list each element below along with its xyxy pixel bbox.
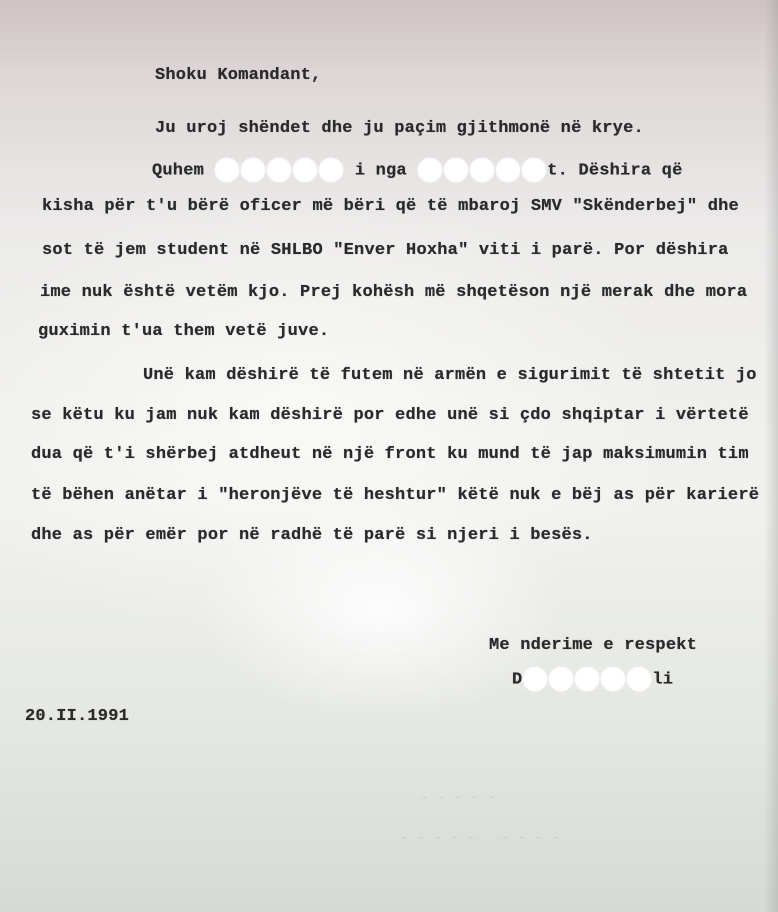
paragraph-3-line-3: dua që t'i shërbej atdheut në një front … [31,445,749,464]
paragraph-3-line-1: Unë kam dëshirë të futem në armën e sigu… [143,366,757,385]
paragraph-3-line-5: dhe as për emër por në radhë të parë si … [31,526,593,545]
intro-mid: i nga [355,161,417,180]
greeting-line: Ju uroj shëndet dhe ju paçim gjithmonë n… [155,119,644,138]
redacted-signature [522,670,652,689]
closing: Me nderime e respekt [489,636,697,655]
signature-prefix: D [512,670,522,689]
redacted-place [417,161,547,180]
paragraph-3-line-2: se këtu ku jam nuk kam dëshirë por edhe … [31,406,749,425]
bleed-through-text: - - - - - [420,790,496,806]
signature-suffix: li [652,670,673,689]
intro-suffix: t. Dëshira që [547,161,682,180]
paragraph-3-line-4: të bëhen anëtar i "heronjëve të heshtur"… [31,486,759,505]
paragraph-2-line-5: guximin t'ua them vetë juve. [38,322,329,341]
signature: Dli [512,667,673,691]
paragraph-2-line-3: sot të jem student në SHLBO "Enver Hoxha… [42,241,729,260]
intro-prefix: Quhem [152,161,214,180]
bleed-through-text: - - - - - - - - - [400,830,560,846]
date: 20.II.1991 [25,707,129,726]
letter-paper: - - - - - - - - - - - - - - Shoku Komand… [0,0,778,912]
redacted-name [214,161,344,180]
paragraph-2-line-2: kisha për t'u bërë oficer më bëri që të … [42,197,739,216]
paragraph-2-line-4: ime nuk është vetëm kjo. Prej kohësh më … [40,283,747,302]
intro-line-1: Quhem i nga t. Dëshira që [152,158,682,182]
salutation: Shoku Komandant, [155,66,321,85]
